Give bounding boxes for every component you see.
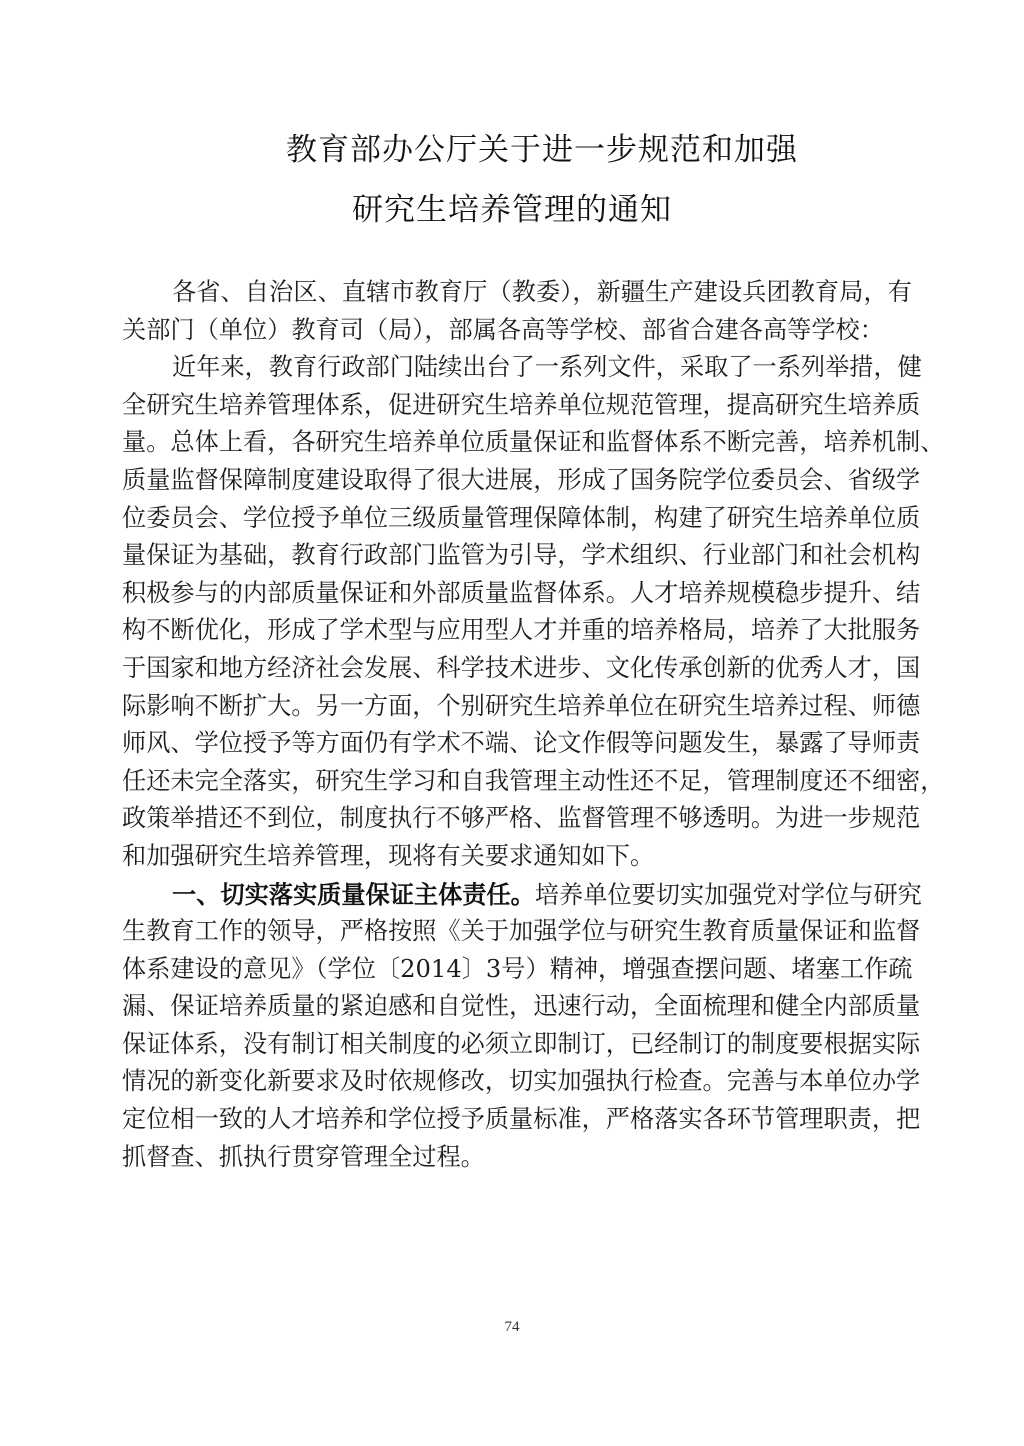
text-line: 体系建设的意见》（学位〔2014〕3号）精神，增强查摆问题、堵塞工作疏 bbox=[122, 951, 912, 989]
text-line: 积极参与的内部质量保证和外部质量监督体系。人才培养规模稳步提升、结 bbox=[122, 575, 912, 613]
text-line: 生教育工作的领导，严格按照《关于加强学位与研究生教育质量保证和监督 bbox=[122, 913, 912, 951]
text-line: 任还未完全落实，研究生学习和自我管理主动性还不足，管理制度还不细密， bbox=[122, 763, 912, 801]
text-line: 保证体系，没有制订相关制度的必须立即制订，已经制订的制度要根据实际 bbox=[122, 1026, 912, 1064]
text-line: 师风、学位授予等方面仍有学术不端、论文作假等问题发生，暴露了导师责 bbox=[122, 725, 912, 763]
section-heading: 一、切实落实质量保证主体责任。 bbox=[172, 880, 535, 909]
page-number: 74 bbox=[0, 1319, 1024, 1336]
text-line: 于国家和地方经济社会发展、科学技术进步、文化传承创新的优秀人才，国 bbox=[122, 650, 912, 688]
document-page: 教育部办公厅关于进一步规范和加强 研究生培养管理的通知 各省、自治区、直辖市教育… bbox=[0, 0, 1024, 1446]
text-line: 和加强研究生培养管理，现将有关要求通知如下。 bbox=[122, 838, 912, 876]
text-line: 量。总体上看，各研究生培养单位质量保证和监督体系不断完善，培养机制、 bbox=[122, 424, 912, 462]
text-line: 位委员会、学位授予单位三级质量管理保障体制，构建了研究生培养单位质 bbox=[122, 500, 912, 538]
text-line: 际影响不断扩大。另一方面，个别研究生培养单位在研究生培养过程、师德 bbox=[122, 688, 912, 726]
text-line: 全研究生培养管理体系，促进研究生培养单位规范管理，提高研究生培养质 bbox=[122, 387, 912, 425]
section-text: 培养单位要切实加强党对学位与研究 bbox=[535, 881, 922, 909]
document-body: 各省、自治区、直辖市教育厅（教委），新疆生产建设兵团教育局，有 关部门（单位）教… bbox=[122, 274, 912, 1176]
text-line: 定位相一致的人才培养和学位授予质量标准，严格落实各环节管理职责，把 bbox=[122, 1101, 912, 1139]
background-paragraph: 近年来，教育行政部门陆续出台了一系列文件，采取了一系列举措，健 全研究生培养管理… bbox=[122, 349, 912, 875]
text-line: 关部门（单位）教育司（局），部属各高等学校、部省合建各高等学校： bbox=[122, 312, 912, 350]
text-line: 情况的新变化新要求及时依规修改，切实加强执行检查。完善与本单位办学 bbox=[122, 1063, 912, 1101]
text-line: 一、切实落实质量保证主体责任。培养单位要切实加强党对学位与研究 bbox=[122, 876, 912, 914]
text-line: 抓督查、抓执行贯穿管理全过程。 bbox=[122, 1139, 912, 1177]
text-line: 质量监督保障制度建设取得了很大进展，形成了国务院学位委员会、省级学 bbox=[122, 462, 912, 500]
text-line: 漏、保证培养质量的紧迫感和自觉性，迅速行动，全面梳理和健全内部质量 bbox=[122, 988, 912, 1026]
text-line: 构不断优化，形成了学术型与应用型人才并重的培养格局，培养了大批服务 bbox=[122, 612, 912, 650]
text-line: 量保证为基础，教育行政部门监管为引导，学术组织、行业部门和社会机构 bbox=[122, 537, 912, 575]
section-one-paragraph: 一、切实落实质量保证主体责任。培养单位要切实加强党对学位与研究 生教育工作的领导… bbox=[122, 876, 912, 1177]
document-title-line-1: 教育部办公厅关于进一步规范和加强 bbox=[30, 124, 1024, 169]
addressee-paragraph: 各省、自治区、直辖市教育厅（教委），新疆生产建设兵团教育局，有 关部门（单位）教… bbox=[122, 274, 912, 349]
text-line: 近年来，教育行政部门陆续出台了一系列文件，采取了一系列举措，健 bbox=[122, 349, 912, 387]
text-line: 政策举措还不到位，制度执行不够严格、监督管理不够透明。为进一步规范 bbox=[122, 800, 912, 838]
document-title-line-2: 研究生培养管理的通知 bbox=[0, 184, 1024, 229]
text-line: 各省、自治区、直辖市教育厅（教委），新疆生产建设兵团教育局，有 bbox=[122, 274, 912, 312]
